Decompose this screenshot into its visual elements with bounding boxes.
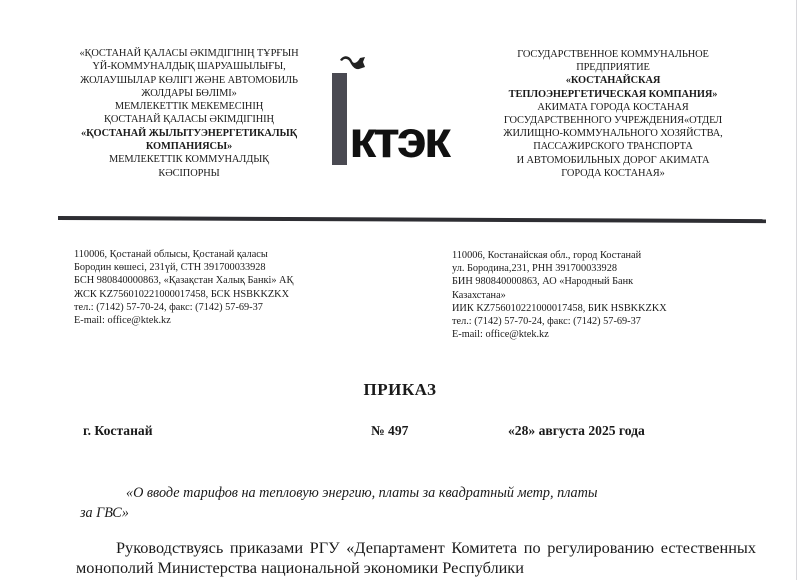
header-right-line: ГОСУДАРСТВЕННОЕ КОММУНАЛЬНОЕ: [488, 48, 738, 61]
logo-stem: [332, 73, 347, 165]
header-right-line: ПАССАЖИРСКОГО ТРАНСПОРТА: [488, 140, 738, 153]
page-edge: [796, 0, 797, 580]
address-right: 110006, Костанайская обл., город Костана…: [452, 249, 742, 341]
logo-text: ктэк: [349, 114, 448, 166]
address-right-line: 110006, Костанайская обл., город Костана…: [452, 249, 742, 262]
header-left-line: КОМПАНИЯСЫ»: [66, 140, 312, 153]
logo-tilde-icon: [338, 52, 368, 72]
header-right-russian: ГОСУДАРСТВЕННОЕ КОММУНАЛЬНОЕПРЕДПРИЯТИЕ«…: [488, 48, 738, 180]
address-left-line: E-mail: office@ktek.kz: [74, 314, 364, 327]
ktek-logo: ктэк: [325, 48, 485, 168]
address-left-line: 110006, Қостанай облысы, Қостанай қаласы: [74, 248, 364, 261]
body-paragraph: Руководствуясь приказами РГУ «Департамен…: [76, 538, 756, 578]
address-left-line: Бородин көшесі, 231үй, СТН 391700033928: [74, 261, 364, 274]
header-right-line: ПРЕДПРИЯТИЕ: [488, 61, 738, 74]
address-left-line: тел.: (7142) 57-70-24, факс: (7142) 57-6…: [74, 301, 364, 314]
document-title: ПРИКАЗ: [0, 380, 800, 400]
address-right-line: ул. Бородина,231, РНН 391700033928: [452, 262, 742, 275]
header-left-line: «ҚОСТАНАЙ ЖЫЛЫТУЭНЕРГЕТИКАЛЫҚ: [66, 127, 312, 140]
header-left-line: ЖОЛДАРЫ БӨЛІМІ»: [66, 87, 312, 100]
header-right-line: ТЕПЛОЭНЕРГЕТИЧЕСКАЯ КОМПАНИЯ»: [488, 88, 738, 101]
address-left: 110006, Қостанай облысы, Қостанай қаласы…: [74, 248, 364, 327]
header-right-line: АКИМАТА ГОРОДА КОСТАНАЯ: [488, 101, 738, 114]
subject-line-1: «О вводе тарифов на тепловую энергию, пл…: [80, 483, 740, 503]
address-left-line: БСН 980840000863, «Қазақстан Халық Банкі…: [74, 274, 364, 287]
header-left-line: ҮЙ-КОММУНАЛДЫҚ ШАРУАШЫЛЫҒЫ,: [66, 60, 312, 73]
document-body: Руководствуясь приказами РГУ «Департамен…: [76, 538, 756, 578]
address-right-line: E-mail: office@ktek.kz: [452, 328, 742, 341]
document-city: г. Костанай: [83, 423, 153, 439]
address-left-line: ЖСК KZ756010221000017458, БСК HSBKKZKX: [74, 288, 364, 301]
subject-line-2: за ГВС»: [80, 503, 740, 523]
header-right-line: ЖИЛИЩНО-КОММУНАЛЬНОГО ХОЗЯЙСТВА,: [488, 127, 738, 140]
document-subject: «О вводе тарифов на тепловую энергию, пл…: [80, 483, 740, 523]
document-number: № 497: [371, 423, 408, 439]
header-right-line: И АВТОМОБИЛЬНЫХ ДОРОГ АКИМАТА: [488, 154, 738, 167]
header-left-line: МЕМЛЕКЕТТІК МЕКЕМЕСІНІҢ: [66, 100, 312, 113]
header-left-line: «ҚОСТАНАЙ ҚАЛАСЫ ӘКІМДІГІНІҢ ТҰРҒЫН: [66, 47, 312, 60]
header-left-line: МЕМЛЕКЕТТІК КОММУНАЛДЫҚ: [66, 153, 312, 166]
header-right-line: ГОРОДА КОСТАНАЯ»: [488, 167, 738, 180]
header-right-line: ГОСУДАРСТВЕННОГО УЧРЕЖДЕНИЯ«ОТДЕЛ: [488, 114, 738, 127]
header-right-line: «КОСТАНАЙСКАЯ: [488, 74, 738, 87]
header-left-line: ҚОСТАНАЙ ҚАЛАСЫ ӘКІМДІГІНІҢ: [66, 113, 312, 126]
header-left-line: ЖОЛАУШЫЛАР КӨЛІГІ ЖӘНЕ АВТОМОБИЛЬ: [66, 74, 312, 87]
address-right-line: тел.: (7142) 57-70-24, факс: (7142) 57-6…: [452, 315, 742, 328]
header-left-line: КӘСІПОРНЫ: [66, 167, 312, 180]
address-right-line: БИН 980840000863, АО «Народный Банк: [452, 275, 742, 288]
document-date: «28» августа 2025 года: [508, 423, 645, 439]
address-right-line: Казахстана»: [452, 289, 742, 302]
header-divider: [58, 216, 766, 223]
address-right-line: ИИК KZ756010221000017458, БИК HSBKKZKX: [452, 302, 742, 315]
header-left-kazakh: «ҚОСТАНАЙ ҚАЛАСЫ ӘКІМДІГІНІҢ ТҰРҒЫНҮЙ-КО…: [66, 47, 312, 180]
